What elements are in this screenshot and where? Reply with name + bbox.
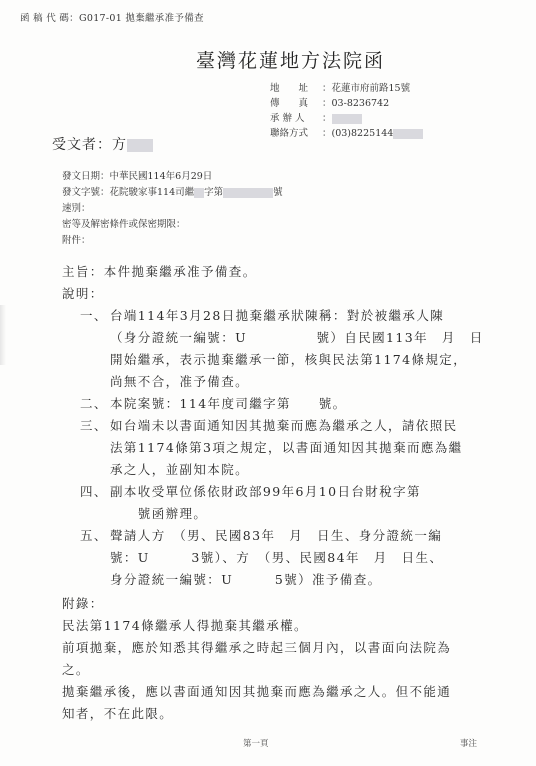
issue-date: 發文日期：中華民國114年6月29日 <box>62 168 212 182</box>
attachments: 附件： <box>62 232 91 246</box>
item-line: 如台端未以書面通知因其拋棄而應為繼承之人，請依照民 <box>110 416 458 434</box>
subject-line: 主旨：本件拋棄繼承准予備查。 <box>62 262 257 280</box>
secrecy-level: 密等及解密條件或保密期限： <box>62 216 186 230</box>
document-title: 臺灣花蓮地方法院函 <box>196 46 385 73</box>
contact-address: 地 址：花蓮市府前路15號 <box>270 80 410 94</box>
page-number: 第一頁 <box>243 737 269 749</box>
item-number: 二、 <box>80 394 108 412</box>
item-line: 開始繼承，表示拋棄繼承一節，核與民法第1174條規定， <box>110 350 467 368</box>
redaction <box>223 188 273 198</box>
redaction <box>393 129 423 139</box>
item-line: 台端114年3月28日拋棄繼承狀陳稱：對於被繼承人陳 <box>110 306 444 324</box>
item-line: 聲請人方 （男、民國83年 月 日生、身分證統一編 <box>110 526 442 544</box>
item-line: 法第1174條第3項之規定，以書面通知因其拋棄而應為繼 <box>110 438 463 456</box>
speed-class: 速別： <box>62 200 91 214</box>
redaction <box>194 188 204 198</box>
appendix-line: 前項拋棄，應於知悉其得繼承之時起三個月內，以書面向法院為 <box>62 638 451 656</box>
appendix-line: 民法第1174條繼承人得拋棄其繼承權。 <box>62 616 308 634</box>
recipient-line: 受文者：方 <box>52 134 153 154</box>
explain-label: 說明： <box>62 284 104 302</box>
appendix-line: 拋棄繼承後，應以書面通知因其拋棄而應為繼承之人。但不能通 <box>62 682 451 700</box>
issue-reference: 發文字號：花院駿家事114司繼字第號 <box>62 184 283 198</box>
appendix-label: 附錄： <box>62 594 104 612</box>
item-line: 號函辦理。 <box>110 504 207 522</box>
contact-phone: 聯絡方式：(03)8225144 <box>270 125 423 139</box>
item-line: 身分證統一編號：U 5號）准予備查。 <box>110 570 382 588</box>
item-line: 本院案號：114年度司繼字第 號。 <box>110 394 347 412</box>
contact-officer: 承 辦 人： <box>270 110 362 124</box>
item-number: 四、 <box>80 482 108 500</box>
item-line: （身分證統一編號：U 號）自民國113年 月 日 <box>110 328 484 346</box>
department-mark: 事注 <box>460 737 477 749</box>
redaction <box>127 139 153 152</box>
contact-fax: 傳 真：03-8236742 <box>270 95 389 109</box>
scan-edge-shadow <box>0 305 6 365</box>
item-line: 承之人，並副知本院。 <box>110 460 249 478</box>
item-line: 尚無不合，准予備查。 <box>110 372 249 390</box>
appendix-line: 知者，不在此限。 <box>62 704 173 722</box>
item-number: 五、 <box>80 526 108 544</box>
item-number: 一、 <box>80 306 108 324</box>
redaction <box>332 114 362 124</box>
item-line: 副本收受單位係依財政部99年6月10日台財稅字第 <box>110 482 421 500</box>
item-line: 號：U 3號）、方 （男、民國84年 月 日生、 <box>110 548 443 566</box>
form-code: 函 稿 代 碼：G017-01 拋棄繼承准予備查 <box>20 10 204 24</box>
item-number: 三、 <box>80 416 108 434</box>
appendix-line: 之。 <box>62 660 90 678</box>
